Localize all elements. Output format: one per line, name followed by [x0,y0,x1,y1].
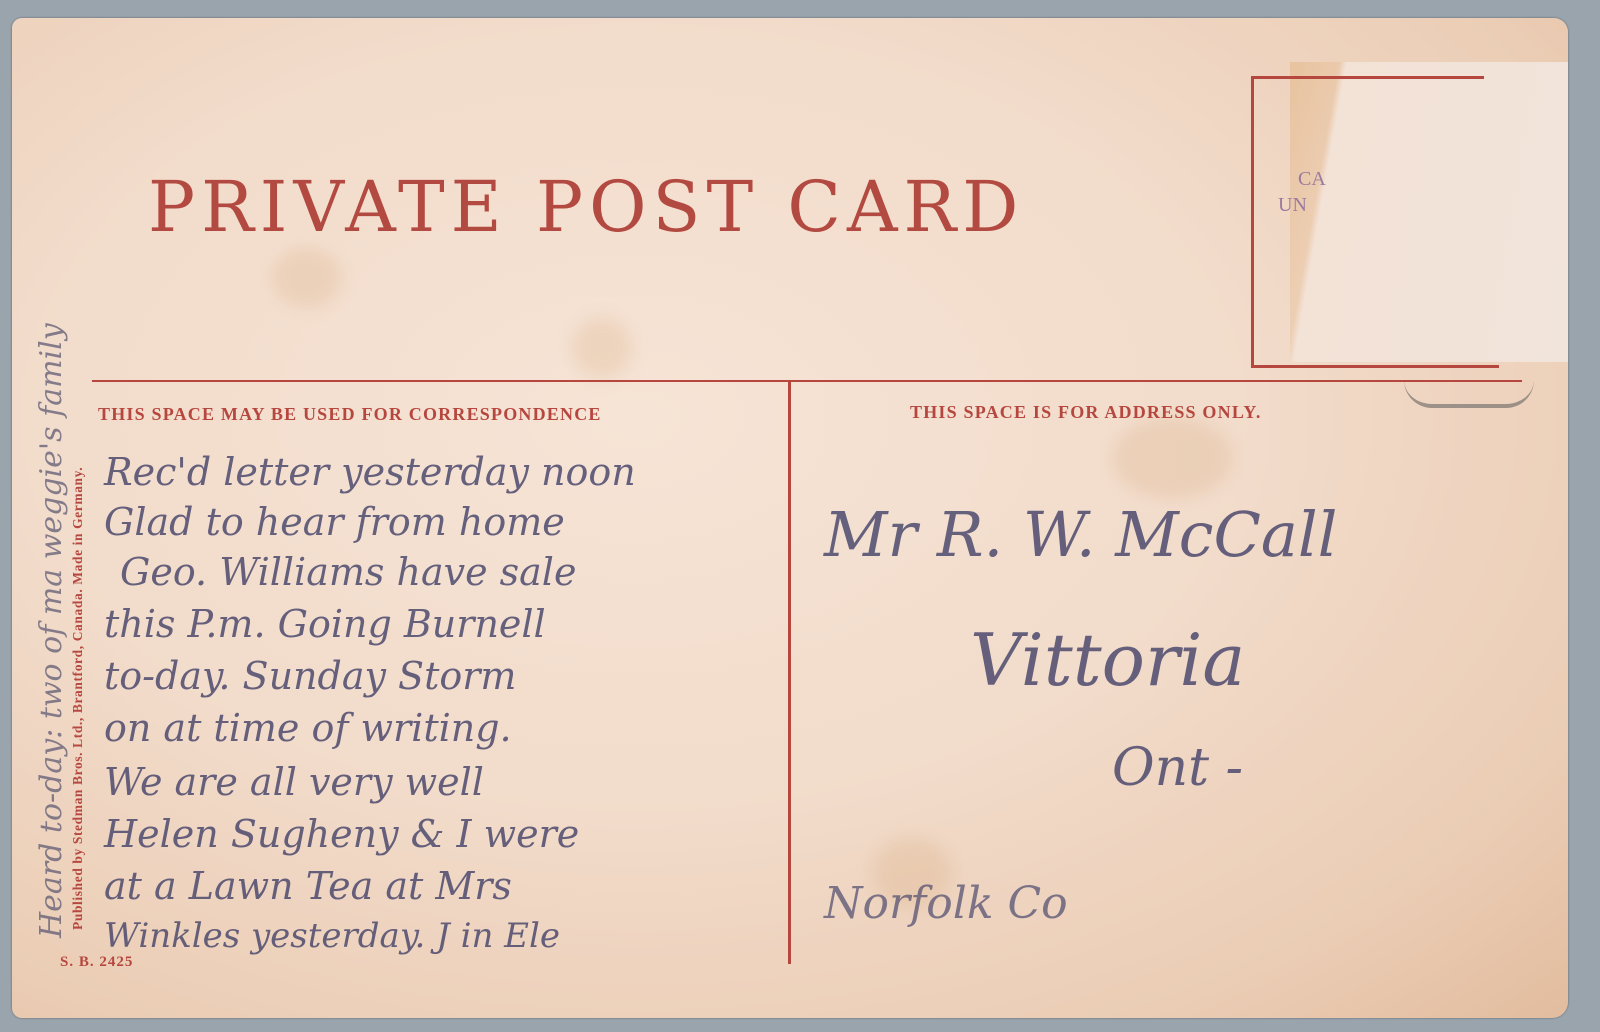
age-stain [1112,418,1232,498]
message-line: at a Lawn Tea at Mrs [104,864,512,908]
postcard-title: PRIVATE POST CARD [148,166,1024,248]
message-line: Rec'd letter yesterday noon [104,450,636,494]
message-line: We are all very well [104,760,484,804]
message-line: Glad to hear from home [104,500,565,544]
address-label: THIS SPACE IS FOR ADDRESS ONLY. [910,402,1262,423]
vertical-divider [788,380,791,964]
age-stain [572,318,632,378]
message-line: Winkles yesterday. J in Ele [104,916,560,956]
address-county: Norfolk Co [824,878,1068,929]
horizontal-divider [92,380,1522,382]
address-town: Vittoria [970,618,1245,702]
age-stain [272,248,342,308]
stamp-box [1251,76,1484,368]
address-province: Ont - [1112,738,1243,798]
address-name: Mr R. W. McCall [824,498,1338,571]
publisher-imprint: Published by Stedman Bros. Ltd., Brantfo… [70,467,86,930]
message-line: to-day. Sunday Storm [104,654,516,698]
message-line: this P.m. Going Burnell [104,602,546,646]
postmark-trace [1404,380,1534,408]
postcard-back: PRIVATE POST CARD CA UN THIS SPACE MAY B… [12,18,1568,1018]
series-code: S. B. 2425 [60,954,133,971]
message-line: Helen Sugheny & I were [104,812,579,856]
side-handwritten-note: Heard to-day: two of ma weggie's family [34,323,69,938]
message-line: Geo. Williams have sale [120,550,576,594]
message-line: on at time of writing. [104,706,512,750]
stamp-print-line2: UN [1278,194,1307,217]
correspondence-label: THIS SPACE MAY BE USED FOR CORRESPONDENC… [98,404,602,425]
stamp-print-line1: CA [1298,168,1326,191]
